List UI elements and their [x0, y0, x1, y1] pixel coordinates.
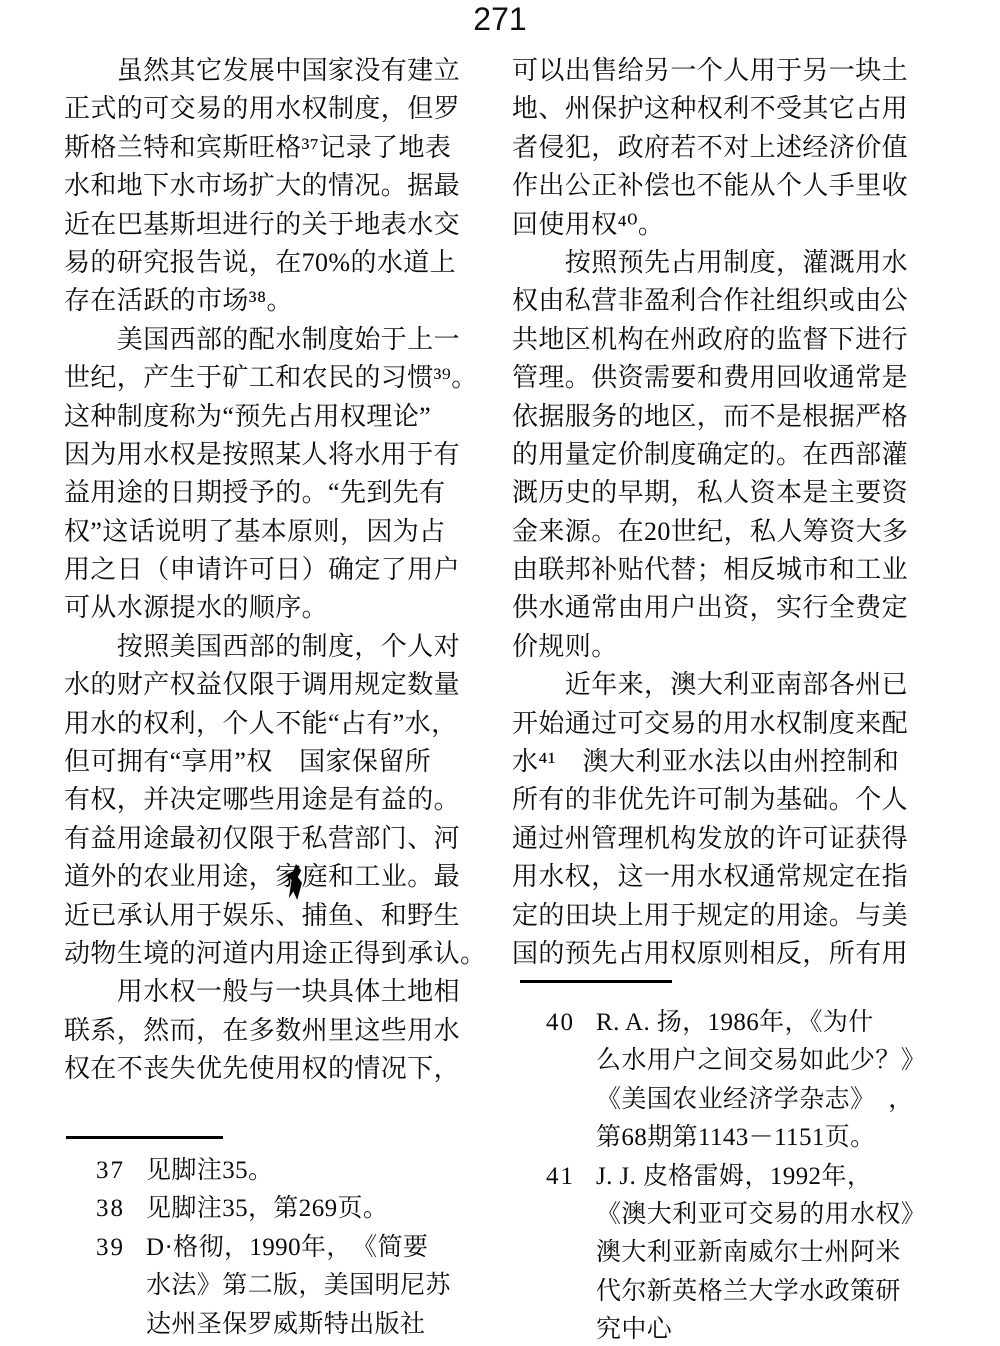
text-line: 近年来，澳大利亚南部各州已	[512, 666, 910, 704]
text-line: 有益用途最初仅限于私营部门、河	[64, 820, 466, 858]
text-line: 用水权一般与一块具体土地相	[64, 973, 466, 1011]
text-line: 管理。供资需要和费用回收通常是	[512, 359, 910, 397]
paragraph: 用水权一般与一块具体土地相 联系，然而，在多数州里这些用水 权在不丧失优先使用权…	[64, 973, 466, 1088]
text-line: 所有的非优先许可制为基础。个人	[512, 781, 910, 819]
text-line: 益用途的日期授予的。“先到先有	[64, 474, 466, 512]
footnote-line: 达州圣保罗威斯特出版社	[146, 1306, 451, 1344]
footnote-separator-right	[520, 980, 672, 983]
footnote-line: 《美国农业经济学杂志》 ，	[596, 1081, 926, 1119]
text-line: 水和地下水市场扩大的情况。据最	[64, 167, 466, 205]
text-line: 用之日（申请许可日）确定了用户	[64, 551, 466, 589]
text-line: 权”这话说明了基本原则，因为占	[64, 513, 466, 551]
text-line: 近在巴基斯坦进行的关于地表水交	[64, 206, 466, 244]
scanned-document-page: 271 虽然其它发展中国家没有建立 正式的可交易的用水权制度，但罗 斯格兰特和宾…	[0, 0, 1000, 1346]
text-line: 地、州保护这种权利不受其它占用	[512, 90, 910, 128]
text-line: 但可拥有“享用”权 国家保留所	[64, 743, 466, 781]
right-column: 可以出售给另一个人用于另一块土 地、州保护这种权利不受其它占用 者侵犯，政府若不…	[512, 52, 910, 973]
text-line: 按照预先占用制度，灌溉用水	[512, 244, 910, 282]
text-line: 共地区机构在州政府的监督下进行	[512, 321, 910, 359]
footnote-number: 40	[546, 1004, 596, 1042]
text-line: 权由私营非盈利合作社组织或由公	[512, 282, 910, 320]
footnote-line: D·格彻，1990年， 《简要	[146, 1229, 451, 1267]
footnote-number: 38	[96, 1190, 146, 1228]
text-line: 权在不丧失优先使用权的情况下，	[64, 1050, 466, 1088]
text-line: 可以出售给另一个人用于另一块土	[512, 52, 910, 90]
footnote-item: 40 R. A. 扬，1986年，《为什 么水用户之间交易如此少？》 《美国农业…	[546, 1004, 926, 1158]
text-line: 的用量定价制度确定的。在西部灌	[512, 436, 910, 474]
footnote-item: 41 J. J. 皮格雷姆，1992年， 《澳大利亚可交易的用水权》 澳大利亚新…	[546, 1158, 926, 1346]
paragraph: 美国西部的配水制度始于上一 世纪，产生于矿工和农民的习惯³⁹。 这种制度称为“预…	[64, 321, 466, 628]
text-line: 正式的可交易的用水权制度，但罗	[64, 90, 466, 128]
footnote-number: 41	[546, 1158, 596, 1196]
footnote-text: D·格彻，1990年， 《简要 水法》第二版，美国明尼苏 达州圣保罗威斯特出版社	[146, 1229, 451, 1344]
text-line: 定的田块上用于规定的用途。与美	[512, 897, 910, 935]
text-line: 用水的权利，个人不能“占有”水，	[64, 705, 466, 743]
footnote-text: 见脚注35。	[146, 1152, 273, 1190]
text-line: 者侵犯，政府若不对上述经济价值	[512, 129, 910, 167]
paragraph: 按照预先占用制度，灌溉用水 权由私营非盈利合作社组织或由公 共地区机构在州政府的…	[512, 244, 910, 666]
footnote-item: 38 见脚注35，第269页。	[96, 1190, 451, 1228]
text-line: 价规则。	[512, 628, 910, 666]
paragraph: 按照美国西部的制度，个人对 水的财产权益仅限于调用规定数量 用水的权利，个人不能…	[64, 628, 466, 974]
text-line: 虽然其它发展中国家没有建立	[64, 52, 466, 90]
text-line: 动物生境的河道内用途正得到承认。	[64, 935, 466, 973]
footnote-number: 37	[96, 1152, 146, 1190]
text-line: 易的研究报告说，在70%的水道上	[64, 244, 466, 282]
footnote-line: 澳大利亚新南威尔士州阿米	[596, 1234, 926, 1272]
footnote-line: R. A. 扬，1986年，《为什	[596, 1004, 926, 1042]
text-line: 联系，然而，在多数州里这些用水	[64, 1012, 466, 1050]
footnote-text: 见脚注35，第269页。	[146, 1190, 388, 1228]
footnote-item: 37 见脚注35。	[96, 1152, 451, 1190]
text-line: 因为用水权是按照某人将水用于有	[64, 436, 466, 474]
footnotes-right: 40 R. A. 扬，1986年，《为什 么水用户之间交易如此少？》 《美国农业…	[546, 1004, 926, 1346]
text-line: 作出公正补偿也不能从个人手里收	[512, 167, 910, 205]
text-line: 道外的农业用途，家庭和工业。最	[64, 858, 466, 896]
text-line: 由联邦补贴代替；相反城市和工业	[512, 551, 910, 589]
footnote-line: 第68期第1143－1151页。	[596, 1119, 926, 1157]
footnote-number: 39	[96, 1229, 146, 1267]
text-line: 国的预先占用权原则相反，所有用	[512, 935, 910, 973]
text-line: 用水权，这一用水权通常规定在指	[512, 858, 910, 896]
text-line: 这种制度称为“预先占用权理论”	[64, 398, 466, 436]
footnote-line: J. J. 皮格雷姆，1992年，	[596, 1158, 926, 1196]
text-line: 依据服务的地区，而不是根据严格	[512, 398, 910, 436]
footnotes-left: 37 见脚注35。 38 见脚注35，第269页。 39 D·格彻，1990年，…	[96, 1152, 451, 1344]
footnote-line: 么水用户之间交易如此少？》	[596, 1042, 926, 1080]
text-line: 金来源。在20世纪，私人筹资大多	[512, 513, 910, 551]
page-number: 271	[0, 0, 1000, 38]
text-line: 斯格兰特和宾斯旺格³⁷记录了地表	[64, 129, 466, 167]
text-line: 溉历史的早期，私人资本是主要资	[512, 474, 910, 512]
text-line: 回使用权⁴⁰。	[512, 206, 910, 244]
paragraph: 虽然其它发展中国家没有建立 正式的可交易的用水权制度，但罗 斯格兰特和宾斯旺格³…	[64, 52, 466, 321]
footnote-text: R. A. 扬，1986年，《为什 么水用户之间交易如此少？》 《美国农业经济学…	[596, 1004, 926, 1158]
paragraph: 可以出售给另一个人用于另一块土 地、州保护这种权利不受其它占用 者侵犯，政府若不…	[512, 52, 910, 244]
text-line: 开始通过可交易的用水权制度来配	[512, 705, 910, 743]
footnote-line: 《澳大利亚可交易的用水权》	[596, 1196, 926, 1234]
left-column: 虽然其它发展中国家没有建立 正式的可交易的用水权制度，但罗 斯格兰特和宾斯旺格³…	[64, 52, 466, 1089]
footnote-line: 水法》第二版，美国明尼苏	[146, 1267, 451, 1305]
text-line: 有权，并决定哪些用途是有益的。	[64, 781, 466, 819]
footnote-line: 究中心	[596, 1311, 926, 1346]
paragraph: 近年来，澳大利亚南部各州已 开始通过可交易的用水权制度来配 水⁴¹ 澳大利亚水法…	[512, 666, 910, 973]
text-line: 美国西部的配水制度始于上一	[64, 321, 466, 359]
text-line: 供水通常由用户出资，实行全费定	[512, 589, 910, 627]
text-line: 通过州管理机构发放的许可证获得	[512, 820, 910, 858]
footnote-line: 见脚注35，第269页。	[146, 1190, 388, 1228]
footnote-line: 代尔新英格兰大学水政策研	[596, 1273, 926, 1311]
text-line: 可从水源提水的顺序。	[64, 589, 466, 627]
text-line: 水⁴¹ 澳大利亚水法以由州控制和	[512, 743, 910, 781]
text-line: 按照美国西部的制度，个人对	[64, 628, 466, 666]
text-line: 水的财产权益仅限于调用规定数量	[64, 666, 466, 704]
footnote-separator-left	[66, 1136, 223, 1139]
text-line: 存在活跃的市场³⁸。	[64, 282, 466, 320]
footnote-line: 见脚注35。	[146, 1152, 273, 1190]
text-line: 世纪，产生于矿工和农民的习惯³⁹。	[64, 359, 466, 397]
footnote-item: 39 D·格彻，1990年， 《简要 水法》第二版，美国明尼苏 达州圣保罗威斯特…	[96, 1229, 451, 1344]
text-line: 近已承认用于娱乐、捕鱼、和野生	[64, 897, 466, 935]
footnote-text: J. J. 皮格雷姆，1992年， 《澳大利亚可交易的用水权》 澳大利亚新南威尔…	[596, 1158, 926, 1346]
